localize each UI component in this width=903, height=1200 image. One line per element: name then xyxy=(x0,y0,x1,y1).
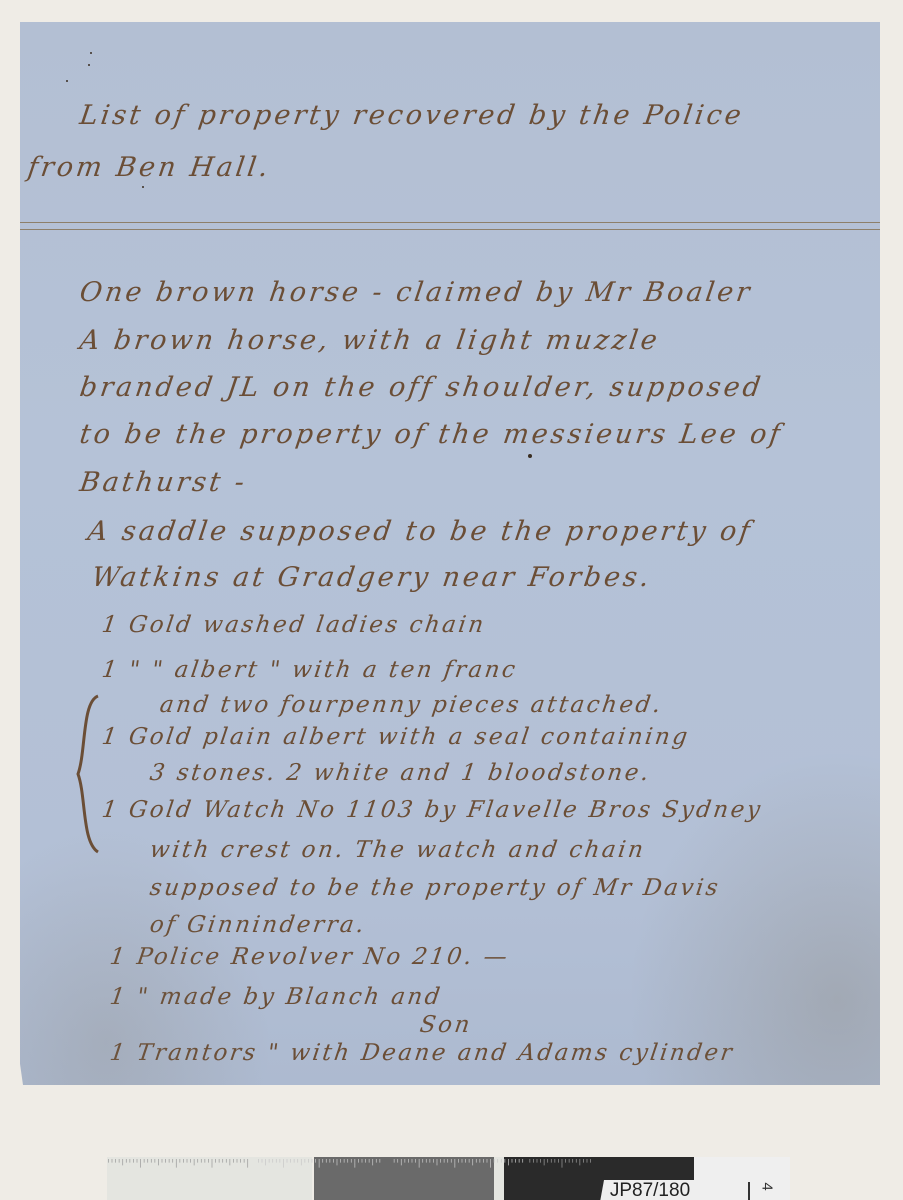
item-line: One brown horse - claimed by Mr Boaler xyxy=(78,277,755,308)
archive-reference-label: JP87/180 xyxy=(600,1180,700,1200)
item-line: of Ginninderra. xyxy=(148,912,368,938)
ruler-ticks xyxy=(107,1159,595,1169)
item-line: 1 Police Revolver No 210. — xyxy=(108,944,511,970)
item-line: and two fourpenny pieces attached. xyxy=(158,692,664,718)
item-line: 3 stones. 2 white and 1 bloodstone. xyxy=(148,760,652,786)
item-line: 1 Gold Watch No 1103 by Flavelle Bros Sy… xyxy=(100,797,764,823)
item-line: Son xyxy=(418,1012,474,1038)
item-line: 1 " " albert " with a ten franc xyxy=(100,657,519,683)
item-line: A saddle supposed to be the property of xyxy=(86,516,755,547)
ruler-white-end xyxy=(694,1157,790,1200)
title-line-1: List of property recovered by the Police xyxy=(78,100,746,131)
title-line-2: from Ben Hall. xyxy=(26,152,273,183)
item-line: Watkins at Gradgery near Forbes. xyxy=(90,562,654,593)
item-line: 1 Gold plain albert with a seal containi… xyxy=(100,724,691,750)
ruler-side-number: 4 xyxy=(759,1182,776,1190)
item-line: with crest on. The watch and chain xyxy=(148,837,647,863)
item-line: A brown horse, with a light muzzle xyxy=(78,325,662,356)
item-line: branded JL on the off shoulder, supposed xyxy=(78,372,765,403)
curly-brace-mark xyxy=(72,692,102,857)
item-line: 1 Gold washed ladies chain xyxy=(100,612,487,638)
item-line: Bathurst - xyxy=(78,467,249,498)
ruler-marker xyxy=(748,1182,750,1200)
item-line: to be the property of the messieurs Lee … xyxy=(78,419,785,450)
item-line: supposed to be the property of Mr Davis xyxy=(148,875,722,901)
header-rule-bottom xyxy=(20,229,880,230)
header-rule-top xyxy=(20,222,880,223)
item-line: 1 " made by Blanch and xyxy=(108,984,444,1010)
item-line: 1 Trantors " with Deane and Adams cylind… xyxy=(108,1040,736,1066)
manuscript-page: List of property recovered by the Police… xyxy=(20,22,880,1085)
